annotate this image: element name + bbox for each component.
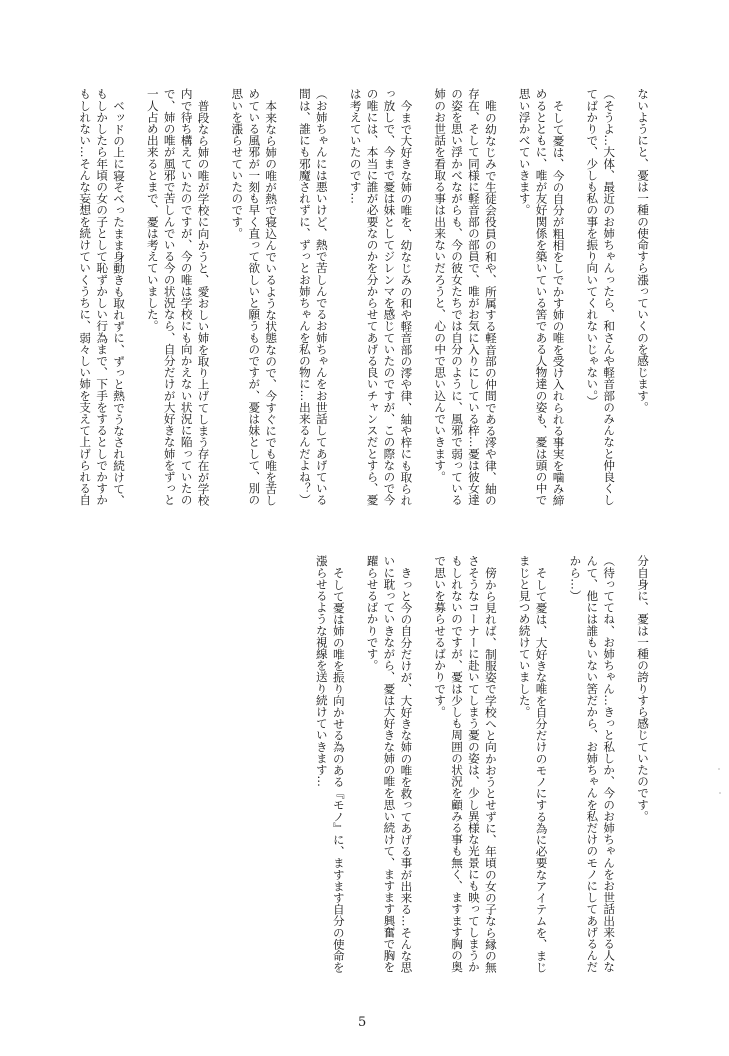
- text-line: 傍から見れば、制服姿で学校へと向かおうとせずに、年頃の女の子なら縁の無: [482, 555, 499, 973]
- paragraph: 分自身に、憂は一種の誇りすら感じていたのです。: [634, 555, 651, 973]
- scan-speck: [719, 792, 721, 794]
- text-line: ベッドの上に寝そべったまま身動きも取れずに、ずっと熱でうなされ続けて、: [110, 88, 127, 506]
- text-line: もしれない…そんな妄想を続けていくうちに、弱々しい姉を支えて上げられる自: [76, 88, 93, 506]
- text-line: で思いを募らせるばかりです。: [431, 555, 448, 973]
- paragraph: 普段なら姉の唯が学校に向かうと、愛おしい姉を取り上げてしまう存在が学校 内で待ち…: [144, 88, 212, 506]
- text-line: 躍らせるばかりです。: [364, 555, 381, 973]
- text-line: もしかしたら年頃の女の子として恥ずかしい行為まで、下手をするとしでかすか: [93, 88, 110, 506]
- text-line: から…）: [566, 555, 583, 973]
- paragraph: ないようにと、憂は一種の使命すら漲っていくのを感じます。: [634, 88, 651, 506]
- text-line: めている風邪が一刻も早く直って欲しいと願うものですが、憂は妹として、別の: [245, 88, 262, 506]
- text-line: きっと今の自分だけが、大好きな姉の唯を救ってあげる事が出来る…そんな思: [397, 555, 414, 973]
- text-line: の姿を思い浮かべながらも、今の彼女たちでは自分のように、風邪で弱っている: [448, 88, 465, 506]
- text-line: 姉のお世話を看取る事は出来ないだろうと、心の中で思い込んでいきます。: [431, 88, 448, 506]
- text-line: 漲らせるような視線を送り続けていきます…: [313, 555, 330, 973]
- text-line: そして憂は姉の唯を振り向かせる為のある『モノ』に、ますます自分の使命を: [330, 555, 347, 973]
- text-line: の唯には、本当に誰が必要なのかを分からせてあげる良いチャンスだとすら、憂: [364, 88, 381, 506]
- text-line: （そうよ…大体、最近のお姉ちゃんったら、和さんや軽音部のみんなと仲良くし: [600, 88, 617, 506]
- text-line: で、姉の唯が風邪で苦しんでいる今の状況なら、自分だけが大好きな姉をずっと: [161, 88, 178, 506]
- text-line: 一人占め出来るとまで、憂は考えていました。: [144, 88, 161, 506]
- upper-text-block: ないようにと、憂は一種の使命すら漲っていくのを感じます。 （そうよ…大体、最近の…: [76, 88, 651, 506]
- text-line: ないようにと、憂は一種の使命すら漲っていくのを感じます。: [634, 88, 651, 506]
- dialogue-paragraph: （そうよ…大体、最近のお姉ちゃんったら、和さんや軽音部のみんなと仲良くし てばか…: [583, 88, 617, 506]
- text-line: 思いを漲らせていたのです。: [228, 88, 245, 506]
- scan-speck: [718, 768, 720, 770]
- dialogue-paragraph: （待っててね、お姉ちゃん…きっと私しか、今のお姉ちゃんをお世話出来る人な んて、…: [566, 555, 617, 973]
- text-line: 内で待ち構えていたのですが、今の唯は学校にも向かえない状況に陥っていたの: [178, 88, 195, 506]
- text-line: 存在、そして同様に軽音部の部員で、唯がお気に入りにしている梓…憂は彼女達: [465, 88, 482, 506]
- text-line: 分自身に、憂は一種の誇りすら感じていたのです。: [634, 555, 651, 973]
- text-line: 本来なら姉の唯が熱で寝込んでいるような状態なので、今すぐにでも唯を苦し: [262, 88, 279, 506]
- paragraph: そして憂は姉の唯を振り向かせる為のある『モノ』に、ますます自分の使命を 漲らせる…: [313, 555, 347, 973]
- paragraph: 今まで大好きな姉の唯を、幼なじみの和や軽音部の澪や律、紬や梓にも取られ っ放しで…: [347, 88, 415, 506]
- paragraph: 唯の幼なじみで生徒会役員の和や、所属する軽音部の仲間である澪や律、紬の 存在、そ…: [431, 88, 499, 506]
- text-line: 唯の幼なじみで生徒会役員の和や、所属する軽音部の仲間である澪や律、紬の: [482, 88, 499, 506]
- paragraph: 本来なら姉の唯が熱で寝込んでいるような状態なので、今すぐにでも唯を苦し めている…: [228, 88, 279, 506]
- text-line: めるとともに、唯が友好関係を築いている筈である人物達の姿も、憂は頭の中で: [533, 88, 550, 506]
- text-line: てばかりで、少しも私の事を振り向いてくれないじゃない。）: [583, 88, 600, 506]
- text-line: もしれないのですが、憂は少しも周囲の状況を顧みる事も無く、ますます胸の奥: [448, 555, 465, 973]
- page-number: 5: [358, 1015, 366, 1030]
- text-line: 間は、誰にも邪魔されずに、ずっとお姉ちゃんを私の物に…出来るんだよね？）: [296, 88, 313, 506]
- lower-text-block: 分自身に、憂は一種の誇りすら感じていたのです。 （待っててね、お姉ちゃん…きっと…: [313, 555, 651, 973]
- paragraph: ベッドの上に寝そべったまま身動きも取れずに、ずっと熱でうなされ続けて、 もしかし…: [76, 88, 127, 506]
- text-line: っ放しで、今まで憂は妹としてジレンマを感じていたのですが、この際なので今: [381, 88, 398, 506]
- paragraph: きっと今の自分だけが、大好きな姉の唯を救ってあげる事が出来る…そんな思 いに耽っ…: [364, 555, 415, 973]
- text-line: いに耽っていきながら、憂は大好きな姉の唯を思い続けて、ますます興奮で胸を: [381, 555, 398, 973]
- text-line: さそうなコーナーに赴いてしまう憂の姿は、少し異様な光景にも映ってしまうか: [465, 555, 482, 973]
- text-line: 思い浮かべていきます。: [516, 88, 533, 506]
- paragraph: そして憂は、今の自分が粗相をしでかす姉の唯を受け入れられる事実を噛み締 めるとと…: [516, 88, 567, 506]
- text-line: （待っててね、お姉ちゃん…きっと私しか、今のお姉ちゃんをお世話出来る人な: [600, 555, 617, 973]
- text-line: そして憂は、今の自分が粗相をしでかす姉の唯を受け入れられる事実を噛み締: [550, 88, 567, 506]
- paragraph: 傍から見れば、制服姿で学校へと向かおうとせずに、年頃の女の子なら縁の無 さそうな…: [431, 555, 499, 973]
- dialogue-paragraph: （お姉ちゃんには悪いけど、熱で苦しんでるお姉ちゃんをお世話してあげている 間は、…: [296, 88, 330, 506]
- text-line: 今まで大好きな姉の唯を、幼なじみの和や軽音部の澪や律、紬や梓にも取られ: [397, 88, 414, 506]
- text-line: （お姉ちゃんには悪いけど、熱で苦しんでるお姉ちゃんをお世話してあげている: [313, 88, 330, 506]
- document-page: ないようにと、憂は一種の使命すら漲っていくのを感じます。 （そうよ…大体、最近の…: [0, 0, 729, 1056]
- text-line: は考えていたのです…: [347, 88, 364, 506]
- text-line: そして憂は、大好きな唯を自分だけのモノにする為に必要なアイテムを、まじ: [533, 555, 550, 973]
- text-line: 普段なら姉の唯が学校に向かうと、愛おしい姉を取り上げてしまう存在が学校: [195, 88, 212, 506]
- text-line: んて、他には誰もいない筈だから、お姉ちゃんを私だけのモノにしてあげるんだ: [583, 555, 600, 973]
- paragraph: そして憂は、大好きな唯を自分だけのモノにする為に必要なアイテムを、まじ まじと見…: [516, 555, 550, 973]
- text-line: まじと見つめ続けていました。: [516, 555, 533, 973]
